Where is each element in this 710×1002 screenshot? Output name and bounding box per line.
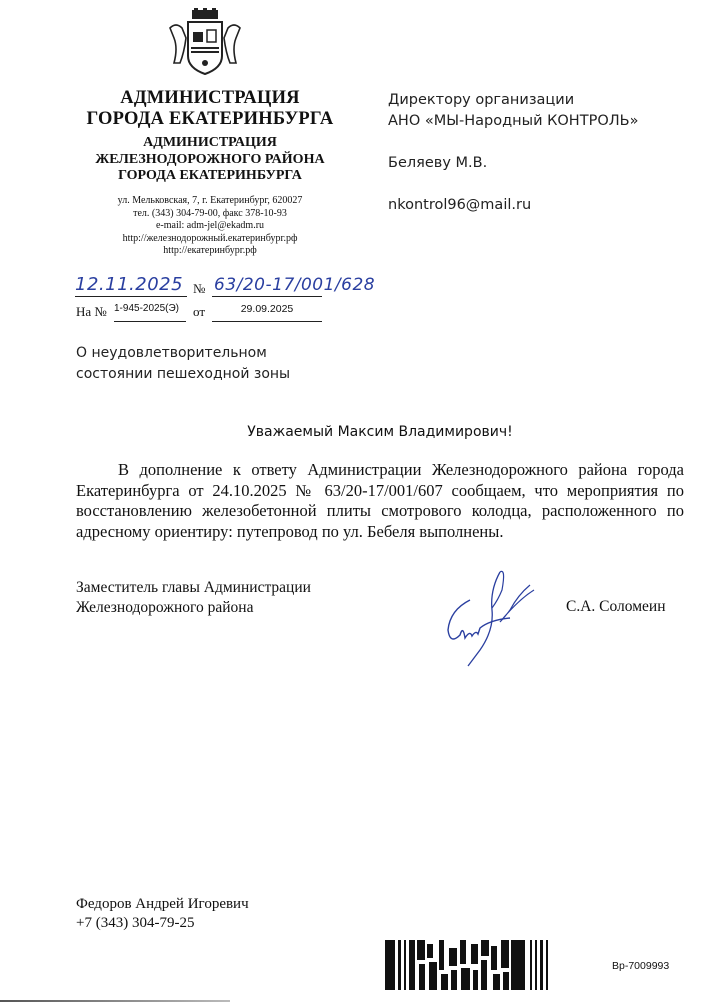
reply-label: На № bbox=[76, 304, 107, 320]
reply-number: 1-945-2025(Э) bbox=[114, 303, 186, 322]
department-name: АДМИНИСТРАЦИЯ ЖЕЛЕЗНОДОРОЖНОГО РАЙОНА ГО… bbox=[60, 135, 360, 185]
city-website-link[interactable]: http://екатеринбург.рф bbox=[60, 245, 360, 258]
city-crest-icon bbox=[162, 8, 248, 78]
recipient-block: Директору организации АНО «МЫ-Народный К… bbox=[388, 90, 638, 216]
executor-name: Федоров Андрей Игоревич bbox=[76, 895, 249, 914]
recipient-organization: АНО «МЫ-Народный КОНТРОЛЬ» bbox=[388, 111, 638, 132]
signatory-name: С.А. Соломеин bbox=[566, 598, 666, 616]
address: ул. Мельковская, 7, г. Екатеринбург, 620… bbox=[60, 195, 360, 208]
reply-date: 29.09.2025 bbox=[212, 303, 322, 322]
number-sign: № bbox=[193, 281, 205, 297]
executor-block: Федоров Андрей Игоревич +7 (343) 304-79-… bbox=[76, 895, 249, 933]
recipient-name: Беляеву М.В. bbox=[388, 153, 638, 174]
recipient-email[interactable]: nkontrol96@mail.ru bbox=[388, 195, 638, 216]
signatory-position: Заместитель главы Администрации Железнод… bbox=[76, 578, 311, 618]
reply-from-label: от bbox=[193, 304, 205, 320]
letter-subject: О неудовлетворительном состоянии пешеход… bbox=[76, 343, 290, 385]
handwritten-signature-icon bbox=[430, 560, 550, 670]
registration-number: 63/20-17/001/628 bbox=[214, 275, 375, 295]
registration-date: 12.11.2025 bbox=[75, 274, 183, 295]
district-website-link[interactable]: http://железнодорожный.екатеринбург.рф bbox=[60, 233, 360, 246]
organization-contacts: ул. Мельковская, 7, г. Екатеринбург, 620… bbox=[60, 195, 360, 258]
recipient-position: Директору организации bbox=[388, 90, 638, 111]
organization-name: АДМИНИСТРАЦИЯ ГОРОДА ЕКАТЕРИНБУРГА bbox=[60, 88, 360, 130]
phone-fax: тел. (343) 304-79-00, факс 378-10-93 bbox=[60, 208, 360, 221]
registration-date-field: 12.11.2025 bbox=[75, 276, 187, 297]
email-link[interactable]: e-mail: adm-jel@ekadm.ru bbox=[60, 220, 360, 233]
document-barcode-icon bbox=[385, 940, 555, 990]
letter-body: В дополнение к ответу Администрации Желе… bbox=[76, 460, 684, 542]
document-code: Вр-7009993 bbox=[612, 960, 669, 972]
registration-number-field: 63/20-17/001/628 bbox=[212, 276, 322, 297]
executor-phone: +7 (343) 304-79-25 bbox=[76, 914, 249, 933]
letter-greeting: Уважаемый Максим Владимирович! bbox=[0, 424, 710, 440]
